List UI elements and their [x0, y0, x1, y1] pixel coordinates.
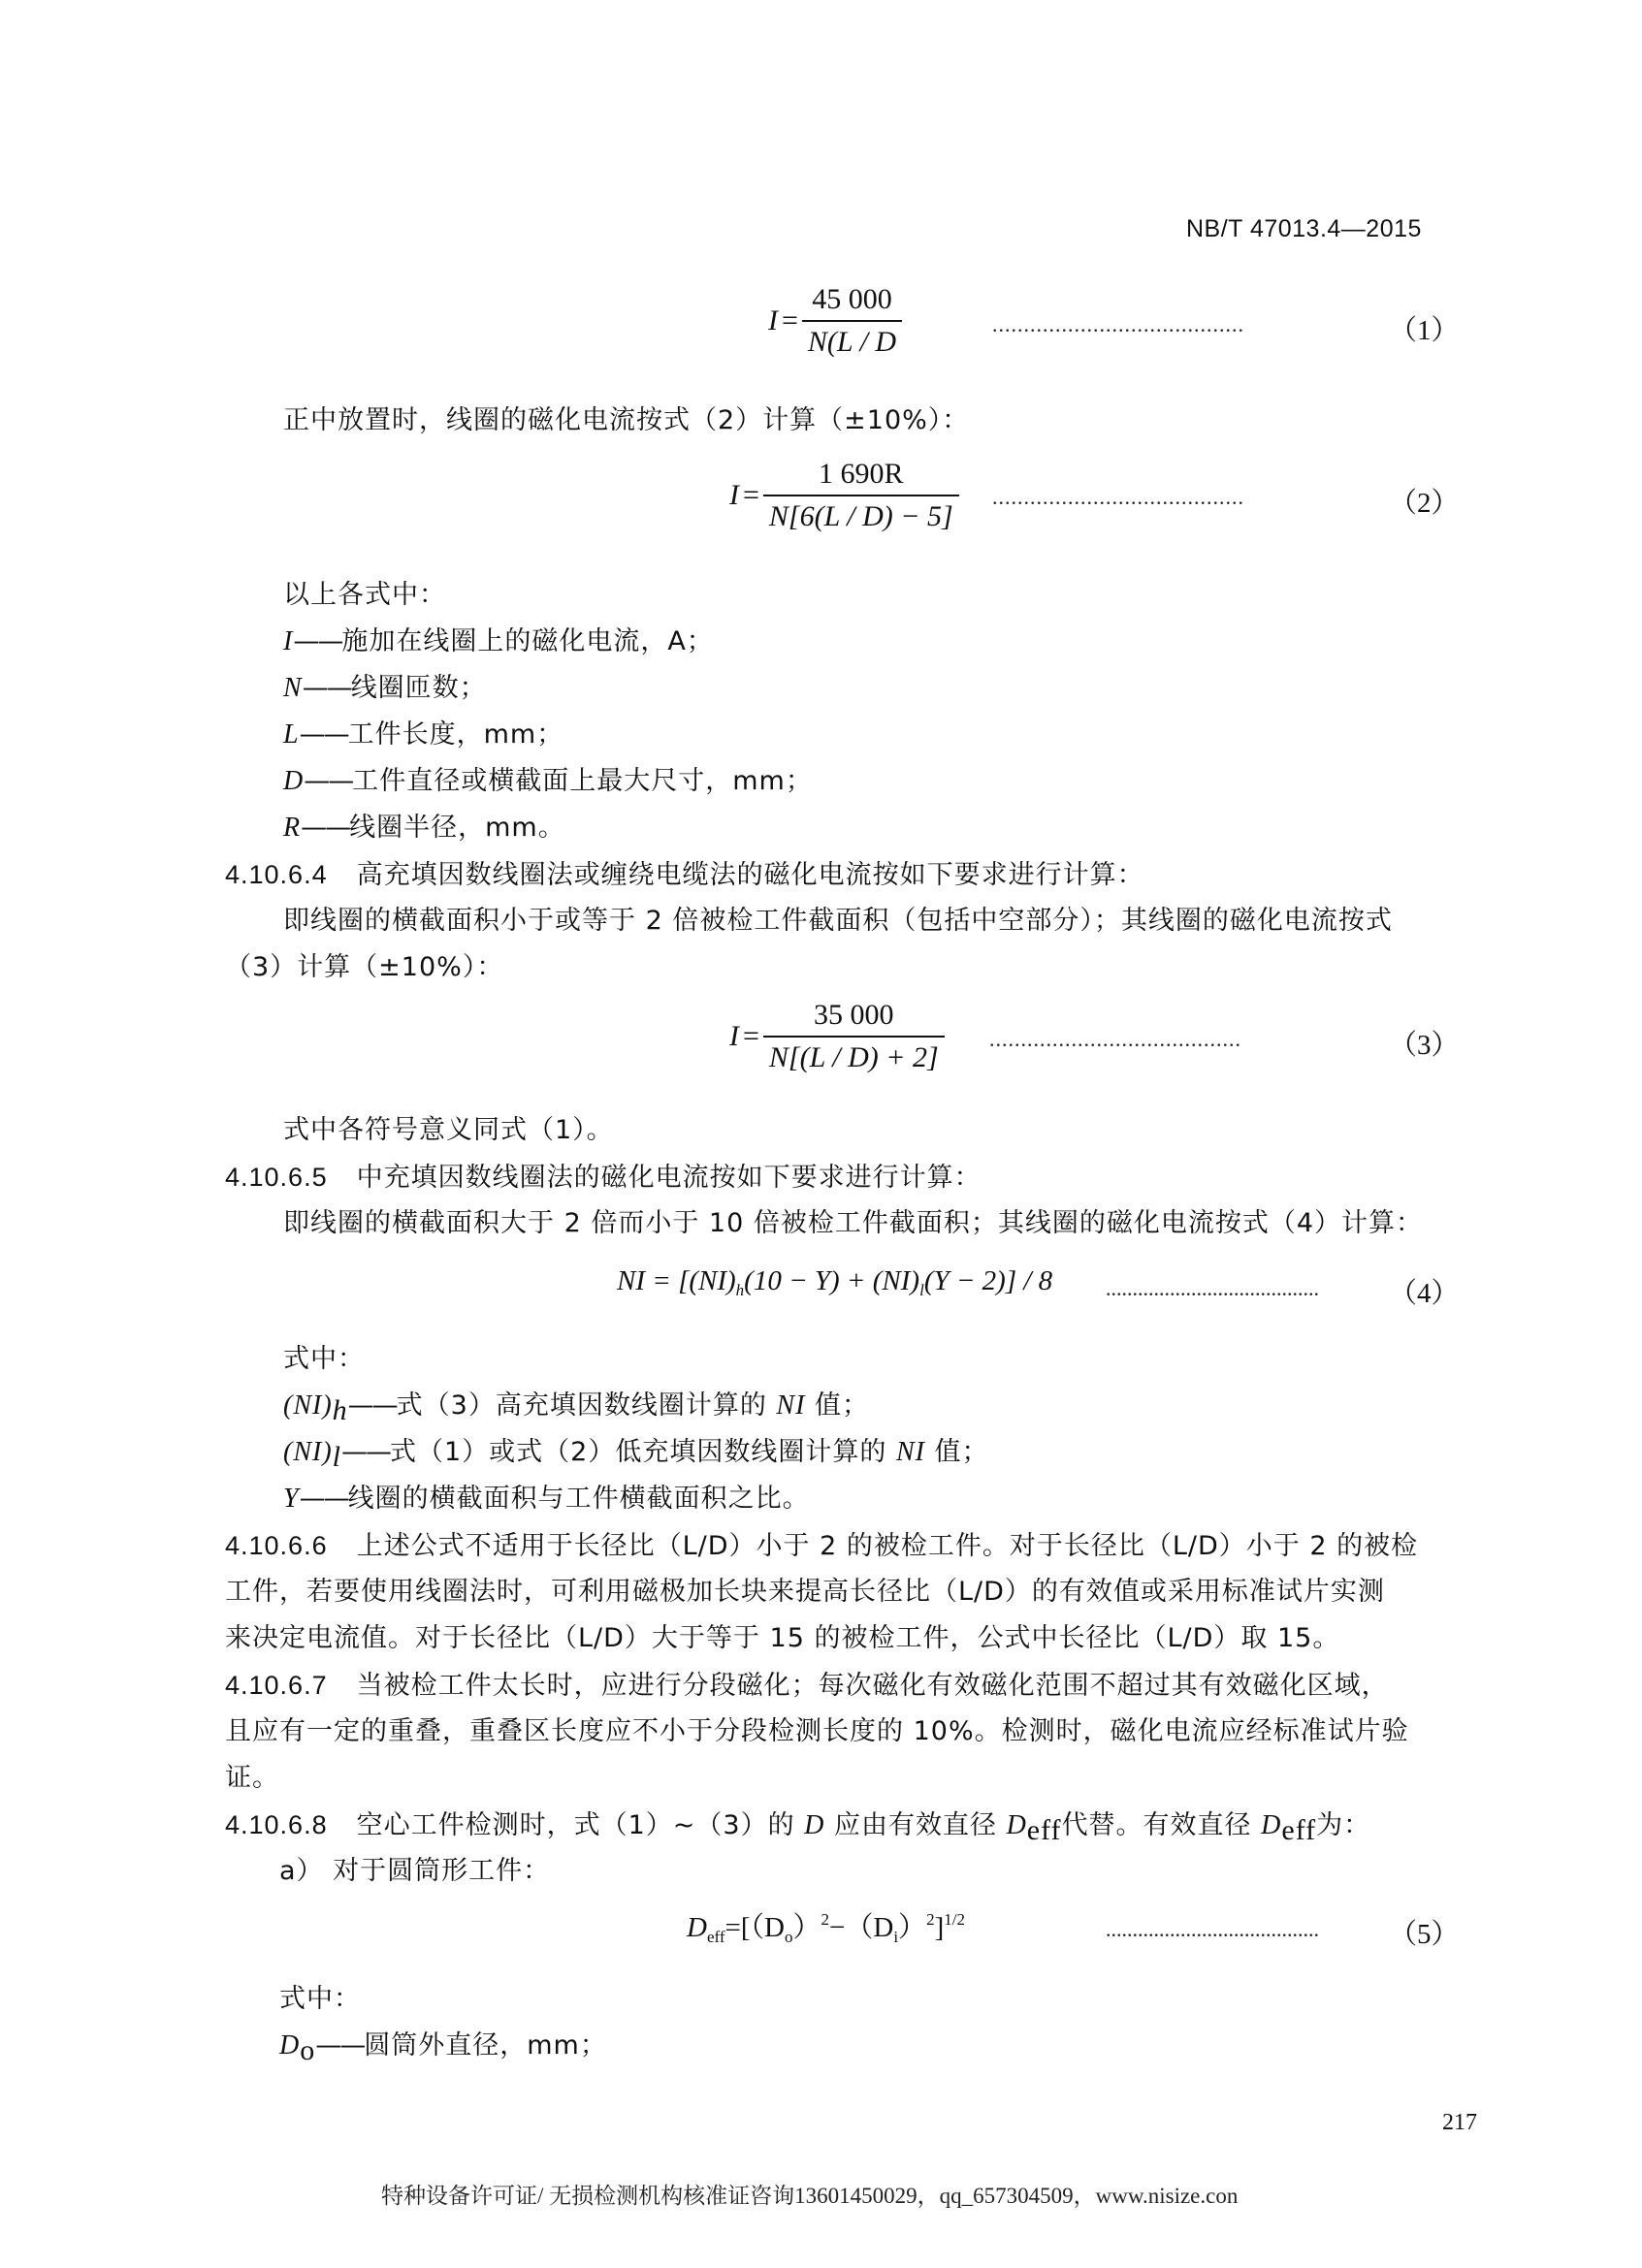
eq1-number: （1） — [1389, 308, 1460, 348]
same-as-eq1-note: 式中各符号意义同式（1）。 — [283, 1115, 614, 1146]
eq4-part-a: NI = [(NI) — [617, 1265, 736, 1296]
equation-2: I = 1 690R N[6(L / D) − 5] — [729, 458, 959, 533]
eq1-lhs: I — [768, 304, 778, 337]
em-dash: —— — [300, 719, 348, 750]
section-4-10-6-6-line1: 4.10.6.6上述公式不适用于长径比（L/D）小于 2 的被检工件。对于长径比… — [225, 1530, 1418, 1562]
section-text-a: 空心工件检测时，式（1）~（3）的 — [357, 1810, 805, 1840]
eq4-leader-dots: ........................................ — [1106, 1276, 1319, 1301]
definition-Y: Y——线圈的横截面积与工件横截面积之比。 — [283, 1484, 810, 1515]
eq4-part-c: (Y − 2)] / 8 — [924, 1265, 1052, 1296]
equation-1: I = 45 000 N(L / D — [768, 283, 902, 359]
eq2-denominator: N[6(L / D) − 5] — [763, 496, 959, 533]
em-dash: —— — [301, 813, 349, 843]
section-4-10-6-7-line3: 证。 — [225, 1763, 279, 1794]
symbol-NI-inline: NI — [776, 1390, 805, 1421]
section-number: 4.10.6.6 — [225, 1531, 328, 1560]
symbol-NI: (NI) — [283, 1390, 333, 1421]
eq5-sup-2b: 2 — [926, 1910, 935, 1929]
section-4-10-6-6-line3: 来决定电流值。对于长径比（L/D）大于等于 15 的被检工件，公式中长径比（L/… — [225, 1623, 1339, 1654]
section-4-10-6-7-line2: 且应有一定的重叠，重叠区长度应不小于分段检测长度的 10%。检测时，磁化电流应经… — [225, 1716, 1409, 1747]
section-text-c: 代替。有效直径 — [1062, 1810, 1262, 1840]
definition-text: 圆筒外直径，mm； — [364, 2030, 607, 2060]
eq5-number: （5） — [1389, 1912, 1460, 1952]
section-text: 上述公式不适用于长径比（L/D）小于 2 的被检工件。对于长径比（L/D）小于 … — [357, 1531, 1419, 1561]
symbol-Deff-sub: eff — [1027, 1814, 1062, 1846]
definition-NI-h: (NI)h——式（3）高充填因数线圈计算的 NI 值； — [283, 1390, 869, 1426]
definition-text: 施加在线圈上的磁化电流，A； — [341, 626, 713, 656]
eq4-sub-h: h — [736, 1281, 745, 1299]
em-dash: —— — [303, 673, 351, 703]
definition-L: L——工件长度，mm； — [283, 719, 563, 751]
em-dash: —— — [315, 2030, 364, 2060]
eq2-fraction: 1 690R N[6(L / D) − 5] — [763, 458, 959, 533]
em-dash: —— — [341, 1437, 390, 1467]
where-all-label: 以上各式中： — [283, 580, 446, 611]
symbol-Do: D — [279, 2030, 300, 2060]
eq1-equals: = — [782, 304, 798, 337]
where-eq4-label: 式中： — [283, 1344, 365, 1375]
eq2-number: （2） — [1389, 481, 1460, 521]
eq3-fraction: 35 000 N[(L / D) + 2] — [763, 999, 945, 1074]
where-eq5-label: 式中： — [279, 1984, 361, 2015]
symbol-NI: (NI) — [283, 1437, 333, 1467]
eq5-part-c: −（D — [829, 1912, 893, 1943]
eq1-numerator: 45 000 — [802, 283, 902, 322]
symbol-sub-o: o — [300, 2034, 315, 2066]
em-dash: —— — [293, 626, 341, 656]
eq2-leader-dots: ........................................ — [992, 485, 1244, 510]
definition-text: 线圈半径，mm。 — [349, 813, 565, 843]
symbol-D: D — [283, 766, 304, 796]
list-item-a-cylinder: a） 对于圆筒形工件： — [279, 1856, 550, 1887]
symbol-sub-l: l — [333, 1441, 341, 1473]
definition-R: R——线圈半径，mm。 — [283, 813, 565, 844]
page-number: 217 — [1442, 2110, 1477, 2136]
section-4-10-6-5-line1: 即线圈的横截面积大于 2 倍而小于 10 倍被检工件截面积；其线圈的磁化电流按式… — [283, 1208, 1423, 1239]
section-text: 当被检工件太长时，应进行分段磁化；每次磁化有效磁化范围不超过其有效磁化区域， — [357, 1671, 1389, 1701]
eq3-denominator: N[(L / D) + 2] — [763, 1038, 945, 1074]
equation-4: NI = [(NI)h(10 − Y) + (NI)l(Y − 2)] / 8 — [617, 1265, 1052, 1300]
eq5-part-b: ） — [792, 1912, 821, 1943]
section-text-b: 应由有效直径 — [824, 1810, 1006, 1840]
definition-text: 式（3）高充填因数线圈计算的 — [397, 1390, 777, 1421]
eq5-part-d: ） — [898, 1912, 926, 1943]
section-text-d: 为： — [1316, 1810, 1370, 1840]
eq3-number: （3） — [1389, 1023, 1460, 1063]
footer-watermark: 特种设备许可证/ 无损检测机构核准证咨询13601450029，qq_65730… — [381, 2178, 1238, 2210]
eq5-leader-dots: ........................................ — [1106, 1917, 1319, 1942]
section-number: 4.10.6.5 — [225, 1163, 328, 1192]
symbol-Deff-sub: eff — [1281, 1814, 1316, 1846]
symbol-I: I — [283, 626, 293, 656]
section-title: 高充填因数线圈法或缠绕电缆法的磁化电流按如下要求进行计算： — [357, 860, 1144, 890]
symbol-Deff: D — [1007, 1810, 1027, 1840]
section-4-10-6-4-line2: （3）计算（±10%）： — [225, 952, 503, 983]
symbol-NI-inline: NI — [896, 1437, 925, 1467]
definition-Do: Do——圆筒外直径，mm； — [279, 2030, 607, 2066]
eq1-leader-dots: ........................................ — [992, 312, 1244, 337]
eq3-lhs: I — [729, 1020, 739, 1053]
definition-text: 式（1）或式（2）低充填因数线圈计算的 — [390, 1437, 896, 1467]
eq5-sub-eff: eff — [707, 1928, 725, 1946]
section-4-10-6-4-heading: 4.10.6.4高充填因数线圈法或缠绕电缆法的磁化电流按如下要求进行计算： — [225, 859, 1144, 891]
section-title: 中充填因数线圈法的磁化电流按如下要求进行计算： — [357, 1163, 982, 1193]
paragraph-center-placement: 正中放置时，线圈的磁化电流按式（2）计算（±10%）： — [283, 405, 969, 436]
definition-text: 线圈的横截面积与工件横截面积之比。 — [348, 1484, 810, 1514]
section-4-10-6-4-line1: 即线圈的横截面积小于或等于 2 倍被检工件截面积（包括中空部分）；其线圈的磁化电… — [283, 906, 1393, 937]
eq1-denominator: N(L / D — [802, 322, 902, 359]
definition-I: I——施加在线圈上的磁化电流，A； — [283, 626, 714, 657]
eq5-D: D — [687, 1912, 707, 1943]
eq4-part-b: (10 − Y) + (NI) — [744, 1265, 919, 1296]
eq5-sup-half: 1/2 — [944, 1910, 965, 1929]
eq2-numerator: 1 690R — [763, 458, 959, 496]
eq5-part-a: =[（D — [725, 1912, 785, 1943]
definition-text: 工件直径或横截面上最大尺寸，mm； — [352, 766, 813, 796]
definition-text-end: 值； — [805, 1390, 869, 1421]
definition-D: D——工件直径或横截面上最大尺寸，mm； — [283, 766, 813, 797]
symbol-R: R — [283, 813, 301, 843]
section-number: 4.10.6.4 — [225, 860, 328, 889]
eq4-number: （4） — [1389, 1271, 1460, 1311]
section-4-10-6-7-line1: 4.10.6.7当被检工件太长时，应进行分段磁化；每次磁化有效磁化范围不超过其有… — [225, 1670, 1389, 1702]
symbol-Y: Y — [283, 1484, 300, 1514]
section-4-10-6-8-line1: 4.10.6.8空心工件检测时，式（1）~（3）的 D 应由有效直径 Deff代… — [225, 1809, 1370, 1846]
definition-text: 工件长度，mm； — [348, 719, 564, 750]
equation-5: Deff=[（Do）2−（Di）2]1/2 — [687, 1905, 965, 1947]
eq3-numerator: 35 000 — [763, 999, 945, 1038]
eq5-part-e: ] — [935, 1912, 945, 1943]
eq3-equals: = — [743, 1020, 759, 1053]
symbol-D: D — [804, 1810, 824, 1840]
eq2-lhs: I — [729, 479, 739, 512]
section-number: 4.10.6.8 — [225, 1810, 328, 1839]
eq2-equals: = — [743, 479, 759, 512]
definition-text: 线圈匝数； — [351, 673, 487, 703]
equation-3: I = 35 000 N[(L / D) + 2] — [729, 999, 945, 1074]
section-4-10-6-6-line2: 工件，若要使用线圈法时，可利用磁极加长块来提高长径比（L/D）的有效值或采用标准… — [225, 1577, 1385, 1608]
eq1-fraction: 45 000 N(L / D — [802, 283, 902, 359]
definition-NI-l: (NI)l——式（1）或式（2）低充填因数线圈计算的 NI 值； — [283, 1437, 989, 1473]
eq3-leader-dots: ........................................ — [989, 1027, 1241, 1052]
em-dash: —— — [348, 1390, 397, 1421]
section-4-10-6-5-heading: 4.10.6.5中充填因数线圈法的磁化电流按如下要求进行计算： — [225, 1162, 982, 1194]
eq5-sup-2a: 2 — [821, 1910, 830, 1929]
section-number: 4.10.6.7 — [225, 1671, 328, 1700]
symbol-sub-h: h — [333, 1394, 348, 1426]
definition-text-end: 值； — [925, 1437, 989, 1467]
symbol-Deff: D — [1261, 1810, 1281, 1840]
symbol-N: N — [283, 673, 303, 703]
em-dash: —— — [304, 766, 352, 796]
definition-N: N——线圈匝数； — [283, 673, 487, 704]
em-dash: —— — [300, 1484, 348, 1514]
standard-code: NB/T 47013.4—2015 — [1186, 215, 1422, 243]
symbol-L: L — [283, 719, 300, 750]
